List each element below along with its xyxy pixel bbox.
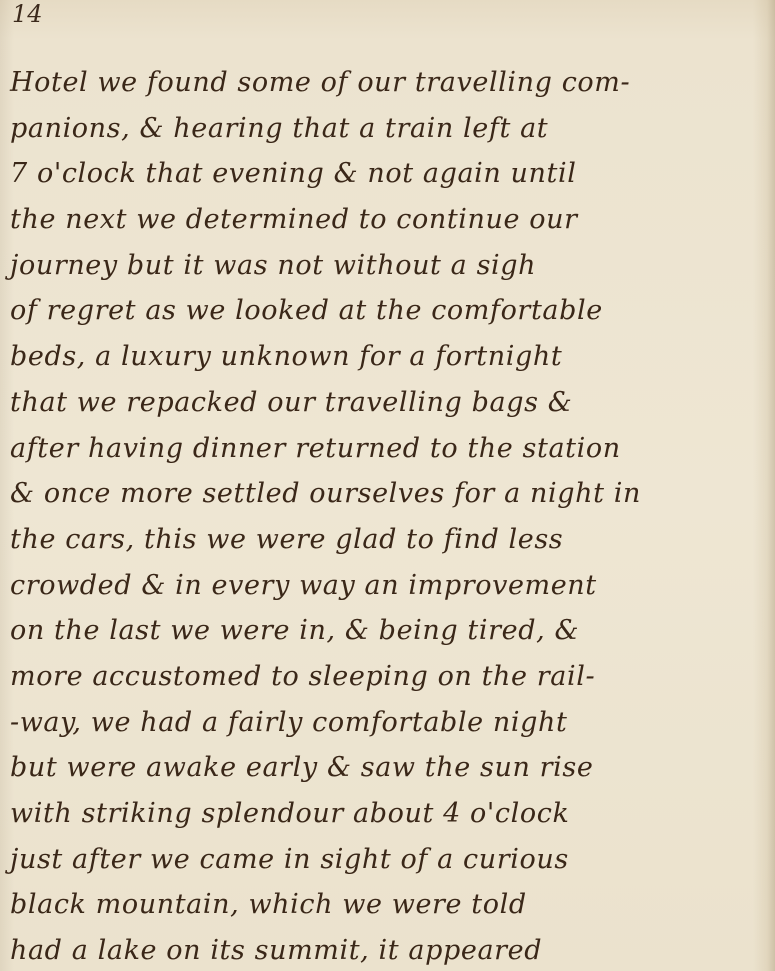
- page-number: 14: [12, 0, 43, 28]
- text-line: that we repacked our travelling bags &: [10, 380, 765, 426]
- text-line: Hotel we found some of our travelling co…: [10, 60, 765, 106]
- text-line: on the last we were in, & being tired, &: [10, 608, 765, 654]
- text-line: & once more settled ourselves for a nigh…: [10, 471, 765, 517]
- text-line: black mountain, which we were told: [10, 882, 765, 928]
- text-line: 7 o'clock that evening & not again until: [10, 151, 765, 197]
- text-line: -way, we had a fairly comfortable night: [10, 700, 765, 746]
- text-line: beds, a luxury unknown for a fortnight: [10, 334, 765, 380]
- text-line: the next we determined to continue our: [10, 197, 765, 243]
- text-line: more accustomed to sleeping on the rail-: [10, 654, 765, 700]
- text-line: after having dinner returned to the stat…: [10, 426, 765, 472]
- text-line: with striking splendour about 4 o'clock: [10, 791, 765, 837]
- text-line: journey but it was not without a sigh: [10, 243, 765, 289]
- text-line: but were awake early & saw the sun rise: [10, 745, 765, 791]
- manuscript-page: 14 Hotel we found some of our travelling…: [0, 0, 775, 971]
- text-line: had a lake on its summit, it appeared: [10, 928, 765, 971]
- text-line: crowded & in every way an improvement: [10, 563, 765, 609]
- text-line: just after we came in sight of a curious: [10, 837, 765, 883]
- handwritten-text: Hotel we found some of our travelling co…: [10, 60, 765, 971]
- text-line: the cars, this we were glad to find less: [10, 517, 765, 563]
- text-line: of regret as we looked at the comfortabl…: [10, 288, 765, 334]
- text-line: panions, & hearing that a train left at: [10, 106, 765, 152]
